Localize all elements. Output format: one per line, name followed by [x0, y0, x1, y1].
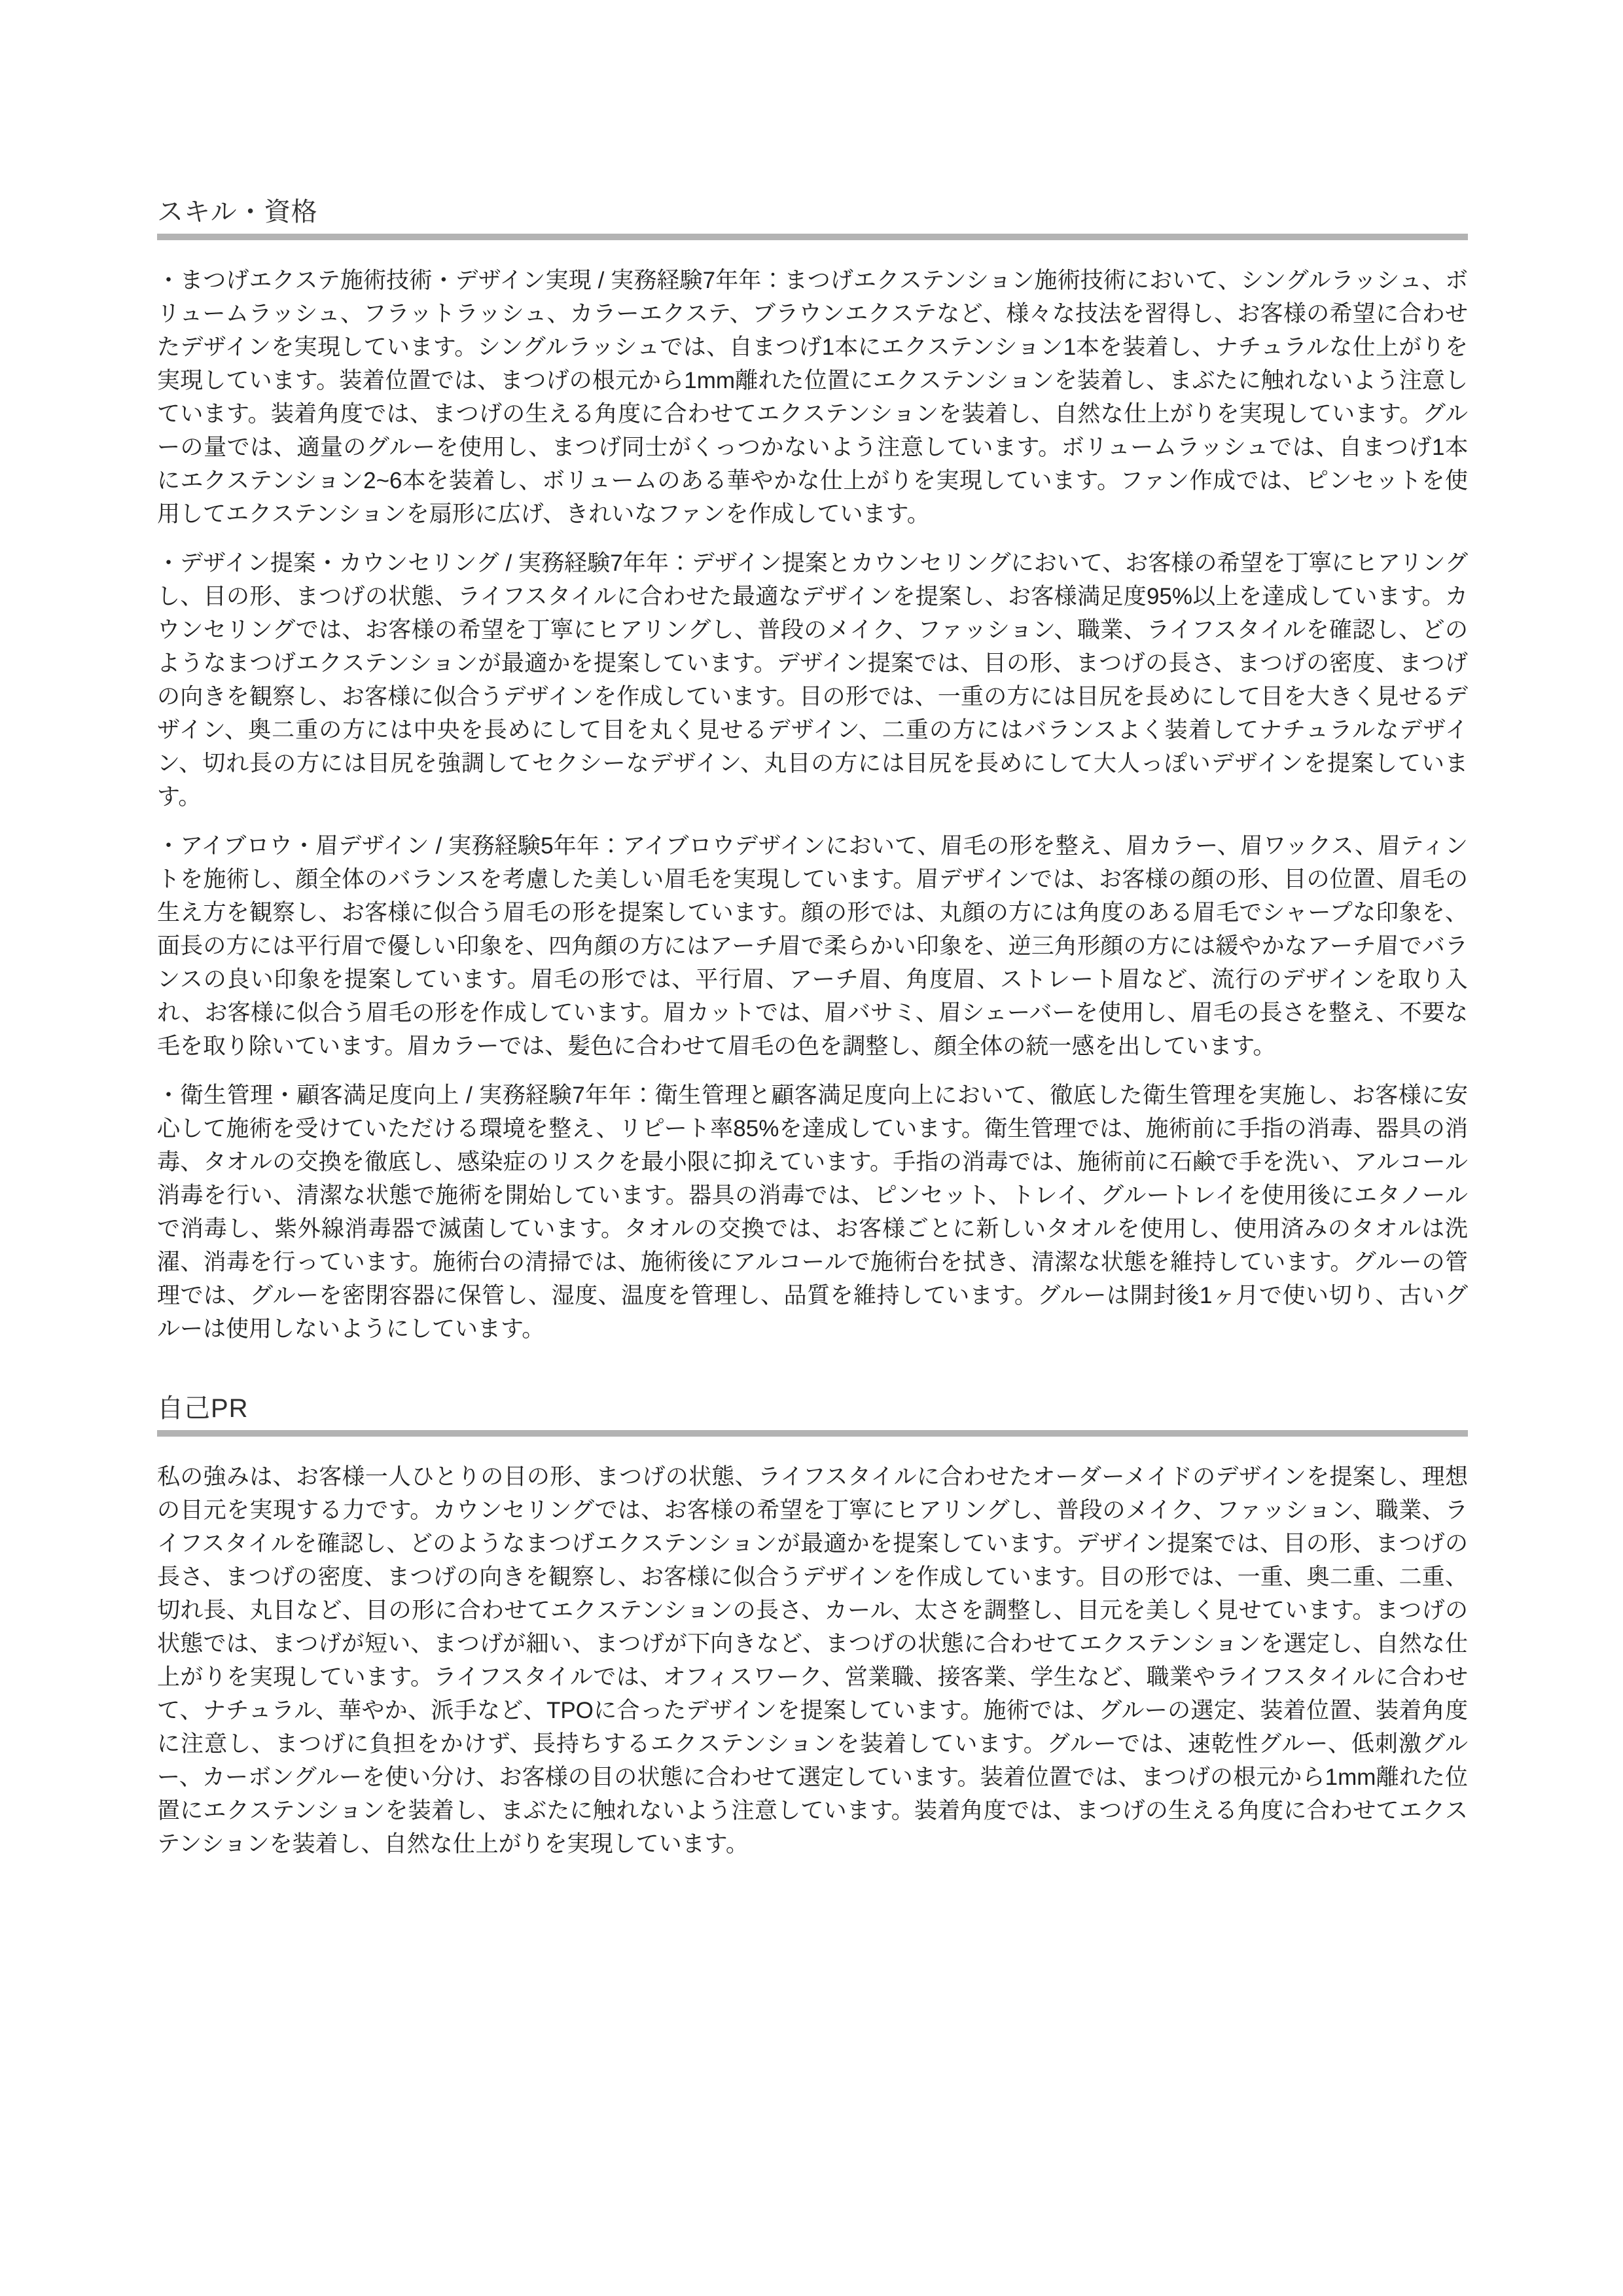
self-pr-text: 私の強みは、お客様一人ひとりの目の形、まつげの状態、ライフスタイルに合わせたオー… [157, 1460, 1468, 1861]
skills-paragraph-group: ・まつげエクステ施術技術・デザイン実現 / 実務経験7年年：まつげエクステンショ… [157, 264, 1468, 1346]
skill-item-design-counseling: ・デザイン提案・カウンセリング / 実務経験7年年：デザイン提案とカウンセリング… [157, 547, 1468, 814]
skills-section-divider [157, 234, 1468, 240]
self-pr-section-divider [157, 1430, 1468, 1437]
self-pr-section-title: 自己PR [157, 1393, 1468, 1424]
resume-document-page: { "page": { "background": "#ffffff", "te… [0, 0, 1623, 2296]
section-self-pr: 自己PR 私の強みは、お客様一人ひとりの目の形、まつげの状態、ライフスタイルに合… [157, 1393, 1468, 1861]
skill-item-hygiene-management: ・衛生管理・顧客満足度向上 / 実務経験7年年：衛生管理と顧客満足度向上において… [157, 1079, 1468, 1346]
skills-section-title: スキル・資格 [157, 196, 1468, 228]
skill-item-eyebrow-design: ・アイブロウ・眉デザイン / 実務経験5年年：アイブロウデザインにおいて、眉毛の… [157, 829, 1468, 1063]
self-pr-paragraph-group: 私の強みは、お客様一人ひとりの目の形、まつげの状態、ライフスタイルに合わせたオー… [157, 1460, 1468, 1861]
resume-content: スキル・資格 ・まつげエクステ施術技術・デザイン実現 / 実務経験7年年：まつげ… [157, 196, 1468, 1861]
skill-item-lash-extension-technique: ・まつげエクステ施術技術・デザイン実現 / 実務経験7年年：まつげエクステンショ… [157, 264, 1468, 531]
section-skills-qualifications: スキル・資格 ・まつげエクステ施術技術・デザイン実現 / 実務経験7年年：まつげ… [157, 196, 1468, 1346]
